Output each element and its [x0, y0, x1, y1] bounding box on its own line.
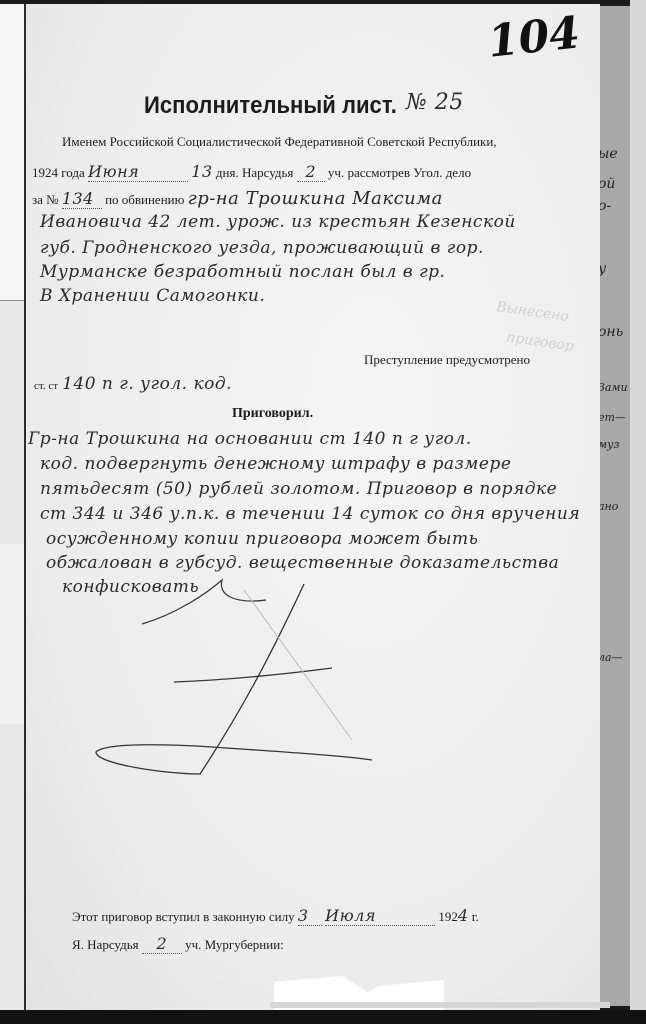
margin-scrawl: муз [598, 438, 620, 451]
margin-scrawl: ые [598, 146, 618, 162]
margin-scrawl: ано [598, 500, 618, 513]
margin-scrawl: онь [598, 324, 623, 340]
judge-jurisdiction: уч. Мургубернии: [185, 937, 284, 952]
margin-scrawl: Зами [598, 381, 628, 394]
district-field: 2 [297, 162, 325, 182]
case-line: за № 134 по обвинению гр-на Трошкина Мак… [32, 188, 443, 209]
date-line: 1924 года Июня 13 дня. Нарсудья 2 уч. ра… [32, 162, 471, 182]
verdict-line: обжалован в губсуд. вещественные доказат… [46, 553, 559, 573]
page-stack-bottom [270, 1002, 610, 1008]
verdict-line: конфисковать [62, 577, 199, 597]
effective-year-label: г. [472, 909, 479, 924]
verdict-line: пятьдесят (50) рублей золотом. Приговор … [40, 479, 557, 499]
scan-border [0, 1010, 646, 1024]
case-number: 134 [62, 189, 102, 209]
document-title: Исполнительный лист. [144, 92, 397, 120]
case-prefix: за № [32, 192, 59, 207]
underlying-page-flap-lower [0, 544, 27, 724]
writ-of-execution-sheet: Вынесено приговор 104 Исполнительный лис… [24, 4, 600, 1010]
judge-signature-line: Я. Нарсудья 2 уч. Мургубернии: [72, 934, 284, 954]
effective-day: 3 [298, 906, 322, 926]
bleed-through-text: приговор [505, 329, 575, 354]
sheet-number: 104 [486, 7, 583, 67]
bleed-through-text: Вынесено [495, 299, 570, 325]
margin-scrawl: ет— [598, 411, 626, 424]
articles-line: ст. ст 140 п г. угол. код. [34, 374, 232, 394]
verdict-heading: Приговорил. [232, 406, 313, 422]
margin-scrawl: ла— [598, 651, 623, 664]
verdict-line: осужденному копии приговора может быть [46, 529, 478, 549]
judge-district: 2 [142, 934, 182, 954]
effective-label: Этот приговор вступил в законную силу [72, 909, 295, 924]
margin-scrawl: ой [598, 176, 615, 192]
verdict-line: Гр-на Трошкина на основании ст 140 п г у… [28, 429, 472, 449]
crime-provision-label: Преступление предусмотрено [364, 352, 530, 368]
day-field: 13 [191, 162, 212, 181]
charge-label: по обвинению [105, 192, 184, 207]
accused-details: Мурманске безработный послан был в гр. [40, 262, 445, 282]
verdict-line: код. подвергнуть денежному штрафу в разм… [40, 454, 511, 474]
accused-name: гр-на Трошкина Максима [188, 188, 443, 209]
effective-month: Июля [325, 906, 435, 926]
page-stack-edge [630, 0, 646, 1024]
articles-value: 140 п г. угол. код. [62, 374, 232, 394]
articles-label: ст. ст [34, 380, 58, 392]
accused-details: Ивановича 42 лет. урож. из крестьян Кезе… [40, 212, 516, 232]
preamble: Именем Российской Социалистической Федер… [62, 134, 497, 150]
accused-details: В Хранении Самогонки. [40, 286, 265, 306]
day-label: дня. Нарсудья [216, 165, 294, 180]
effective-year-suffix: 4 [458, 906, 469, 925]
document-number: № 25 [406, 90, 464, 115]
year-label: года [61, 165, 85, 180]
verdict-line: ст 344 и 346 у.п.к. в течении 14 суток с… [40, 504, 580, 524]
year: 1924 [32, 165, 58, 180]
district-label: уч. рассмотрев Угол. дело [328, 165, 471, 180]
judge-label: Я. Нарсудья [72, 937, 139, 952]
month-field: Июня [88, 162, 188, 182]
accused-details: губ. Гродненского уезда, проживающий в г… [40, 238, 484, 258]
effective-date-line: Этот приговор вступил в законную силу 3 … [72, 906, 479, 926]
effective-year-prefix: 192 [438, 909, 458, 924]
